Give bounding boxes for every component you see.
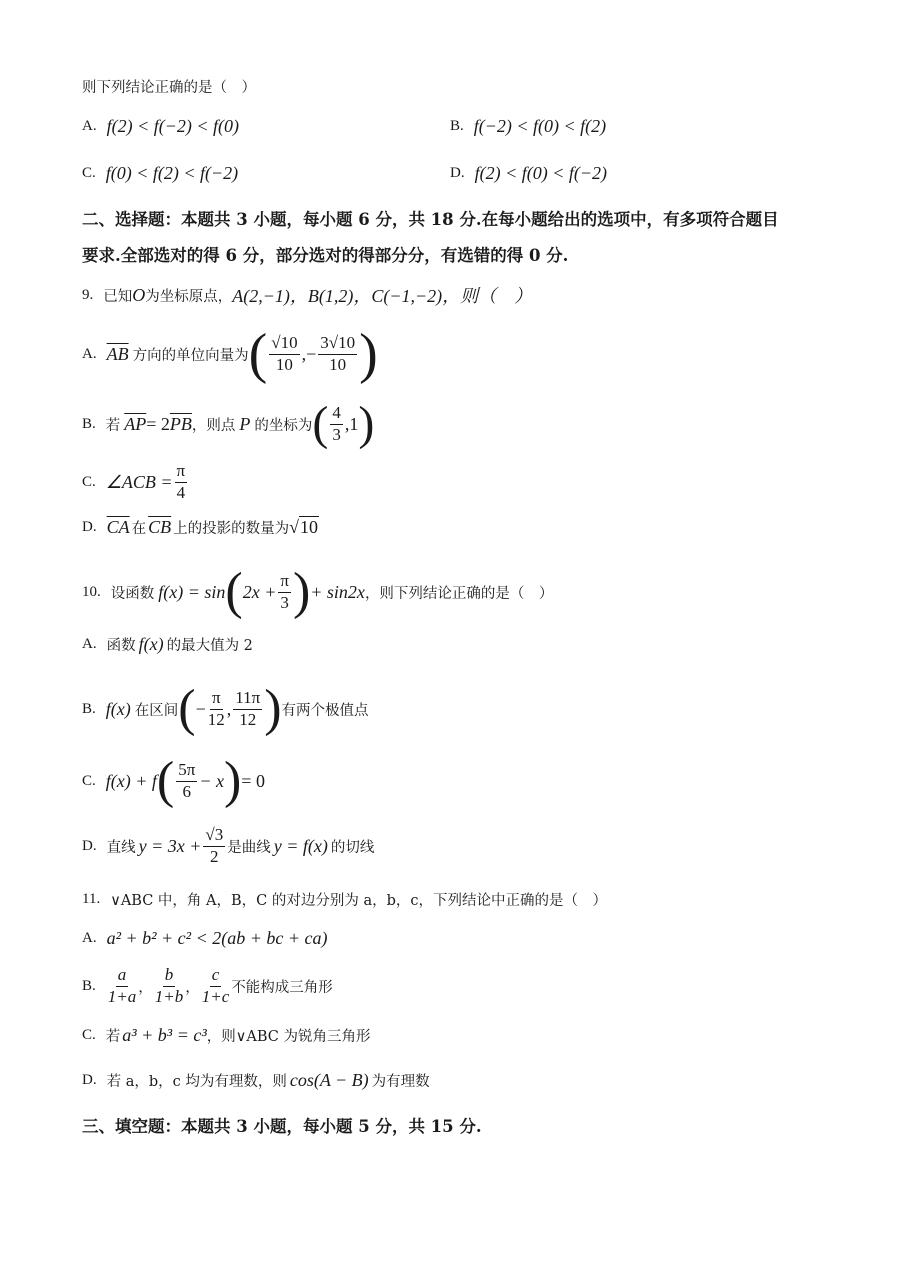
q9-option-a: A. AB 方向的单位向量为 ( √1010 ,− 3√1010 ) <box>82 326 378 382</box>
q8-option-d: D. f(2) < f(0) < f(−2) <box>450 163 607 184</box>
q11-option-b: B. a1+a ， b1+b ， c1+c 不能构成三角形 <box>82 966 333 1006</box>
q8-option-b: B. f(−2) < f(0) < f(2) <box>450 116 606 137</box>
q8-option-a: A. f(2) < f(−2) < f(0) <box>82 116 239 137</box>
q9-stem: 9. 已知 O 为坐标原点， A(2,−1)，B(1,2)，C(−1,−2)，则… <box>82 282 532 308</box>
q11-stem: 11. ∨ABC 中，角 A，B，C 的对边分别为 a，b，c，下列结论中正确的… <box>82 889 607 910</box>
section-3-header: 三、填空题：本题共 3 小题，每小题 5 分，共 15 分. <box>82 1113 482 1137</box>
q8-stem: 则下列结论正确的是（ ） <box>82 76 256 97</box>
q9-option-d: D. CA 在 CB 上的投影的数量为 √10 <box>82 517 319 538</box>
q11-option-a: A. a² + b² + c² < 2(ab + bc + ca) <box>82 928 327 949</box>
q10-option-b: B. f(x) 在区间 ( − π12 , 11π12 ) 有两个极值点 <box>82 683 369 735</box>
q9-option-b: B. 若 AP = 2 PB ，则点 P 的坐标为 ( 43 ,1 ) <box>82 400 374 448</box>
q11-option-c: C. 若 a³ + b³ = c³ ，则∨ABC 为锐角三角形 <box>82 1025 370 1046</box>
q10-option-d: D. 直线 y = 3x + √32 是曲线 y = f(x) 的切线 <box>82 826 374 866</box>
q10-option-a: A. 函数 f(x) 的最大值为 2 <box>82 634 253 655</box>
q11-option-d: D. 若 a，b，c 均为有理数，则 cos(A − B) 为有理数 <box>82 1070 430 1091</box>
q8-option-c: C. f(0) < f(2) < f(−2) <box>82 163 238 184</box>
q10-stem: 10. 设函数 f(x) = sin ( 2x + π3 ) + sin2x ，… <box>82 566 553 618</box>
right-paren: ) <box>359 326 378 382</box>
q10-option-c: C. f(x) + f ( 5π6 − x ) = 0 <box>82 755 265 807</box>
section-2-header-line-2: 要求.全部选对的得 6 分，部分选对的得部分分，有选错的得 0 分. <box>82 242 568 266</box>
section-2-header-line-1: 二、选择题：本题共 3 小题，每小题 6 分，共 18 分.在每小题给出的选项中… <box>82 206 779 230</box>
q9-option-c: C. ∠ACB = π4 <box>82 462 189 502</box>
left-paren: ( <box>249 326 268 382</box>
